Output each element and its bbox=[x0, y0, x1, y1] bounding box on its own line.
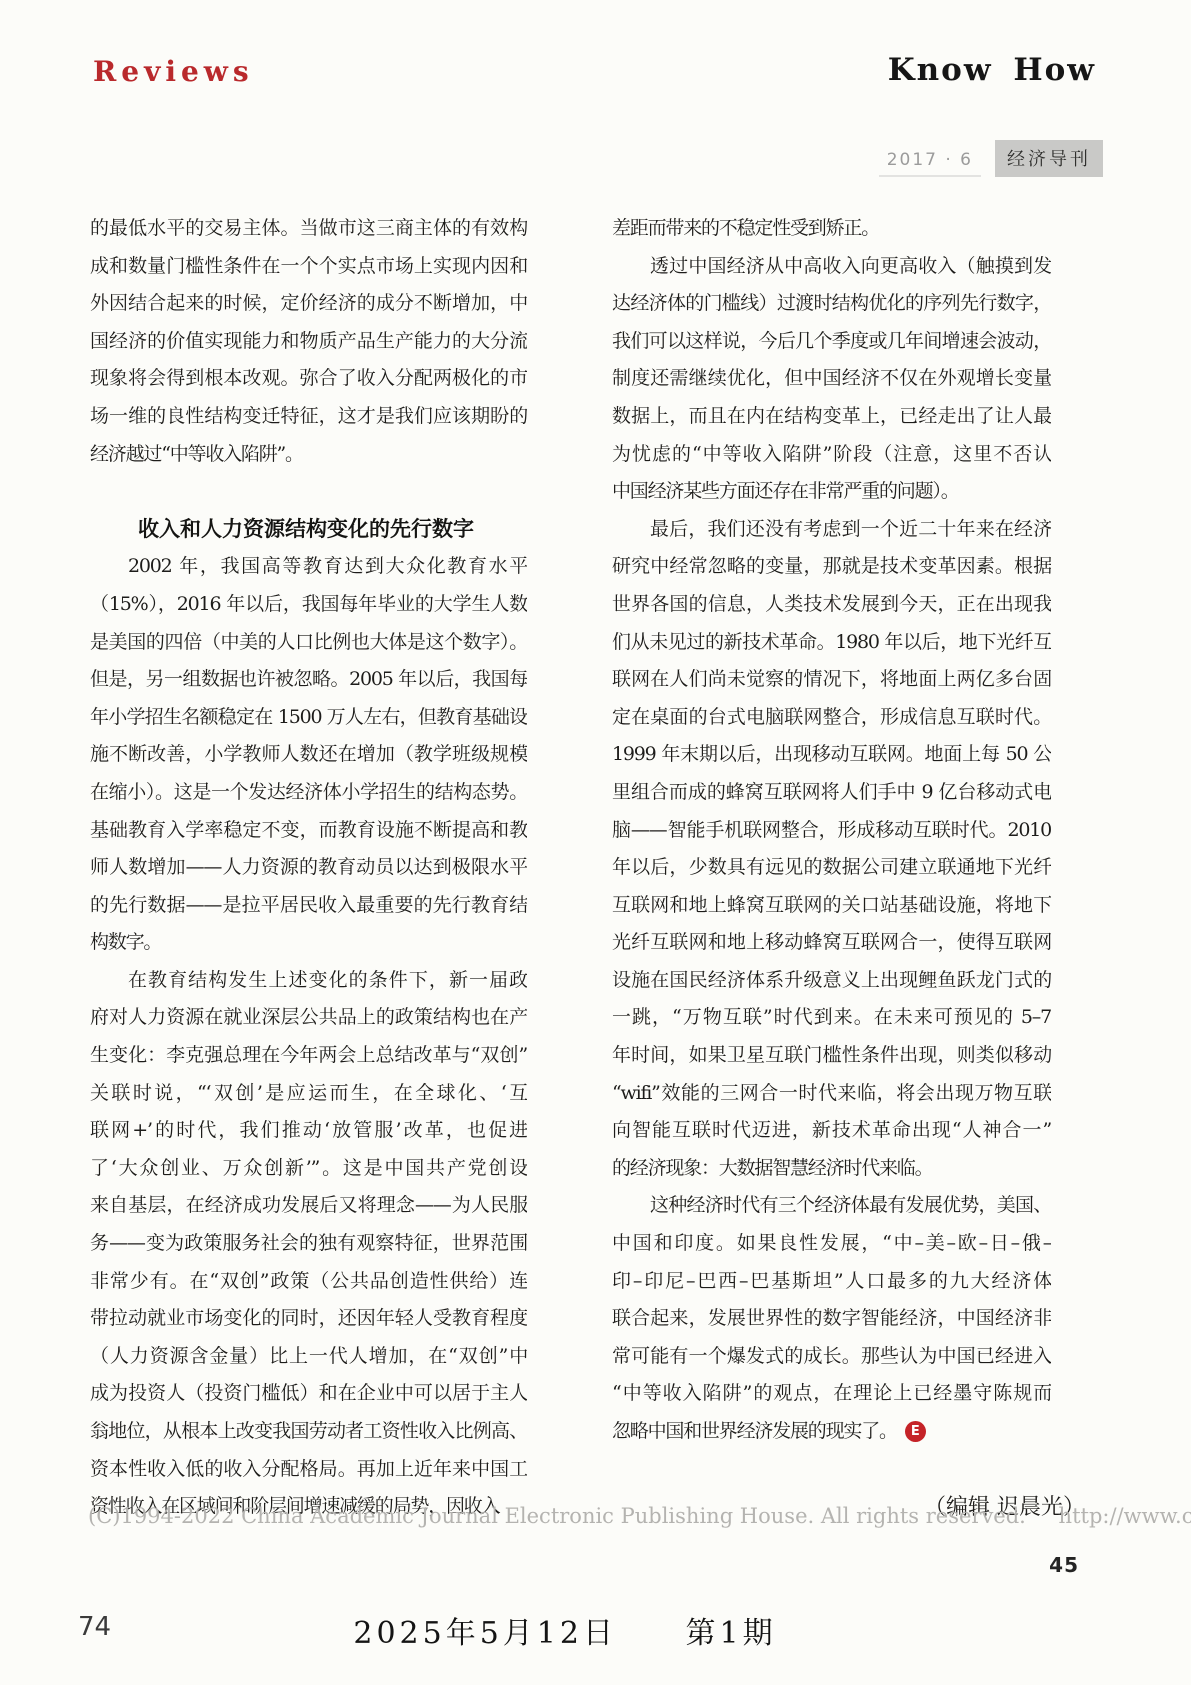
text-line: 务——变为政策服务社会的独有观察特征，世界范围 bbox=[90, 1225, 527, 1263]
header-label-knowhow: Know How bbox=[888, 52, 1096, 88]
text-line: 的先行数据——是拉平居民收入最重要的先行教育结 bbox=[90, 887, 527, 925]
text-line: 制度还需继续优化，但中国经济不仅在外观增长变量 bbox=[612, 360, 1051, 398]
text-line: 在缩小）。这是一个发达经济体小学招生的结构态势。 bbox=[90, 774, 527, 812]
header-label-reviews: Reviews bbox=[93, 55, 254, 88]
text-line: 研究中经常忽略的变量，那就是技术变革因素。根据 bbox=[612, 548, 1051, 586]
text-line: 年时间，如果卫星互联门槛性条件出现，则类似移动 bbox=[612, 1037, 1051, 1075]
text-line: 翁地位，从根本上改变我国劳动者工资性收入比例高、 bbox=[90, 1413, 527, 1451]
text-line: （15%），2016 年以后，我国每年毕业的大学生人数 bbox=[90, 586, 527, 624]
text-line: 互联网和地上蜂窝互联网的关口站基础设施，将地下 bbox=[612, 887, 1051, 925]
right-text-column: 差距而带来的不稳定性受到矫正。透过中国经济从中高收入向更高收入（触摸到发达经济体… bbox=[612, 210, 1051, 1451]
text-line: 联合起来，发展世界性的数字智能经济，中国经济非 bbox=[612, 1300, 1051, 1338]
left-text-column: 的最低水平的交易主体。当做市这三商主体的有效构成和数量门槛性条件在一个个实点市场… bbox=[90, 210, 527, 1526]
text-line: 们从未见过的新技术革命。1980 年以后，地下光纤互 bbox=[612, 624, 1051, 662]
text-line: 中国经济某些方面还存在非常严重的问题）。 bbox=[612, 473, 1051, 511]
paragraph: 差距而带来的不稳定性受到矫正。 bbox=[612, 210, 1051, 248]
footer-date: 2025年5月12日 bbox=[353, 1616, 617, 1651]
text-line: 我们可以这样说，今后几个季度或几年间增速会波动， bbox=[612, 323, 1051, 361]
text-line: 成为投资人（投资门槛低）和在企业中可以居于主人 bbox=[90, 1375, 527, 1413]
text-line: 差距而带来的不稳定性受到矫正。 bbox=[612, 210, 1051, 248]
text-line: 是美国的四倍（中美的人口比例也大体是这个数字）。 bbox=[90, 624, 527, 662]
text-line: 了‘大众创业、万众创新’”。这是中国共产党创设 bbox=[90, 1150, 527, 1188]
paragraph: 这种经济时代有三个经济体最有发展优势，美国、中国和印度。如果良性发展，“中–美–… bbox=[612, 1187, 1051, 1450]
article-end-badge: E bbox=[905, 1421, 926, 1442]
text-line: 联网+’的时代，我们推动‘放管服’改革，也促进 bbox=[90, 1112, 527, 1150]
section-heading: 收入和人力资源结构变化的先行数字 bbox=[90, 511, 527, 549]
text-line: 成和数量门槛性条件在一个个实点市场上实现内因和 bbox=[90, 248, 527, 286]
text-line: 施不断改善，小学教师人数还在增加（教学班级规模 bbox=[90, 736, 527, 774]
text-line: 忽略中国和世界经济发展的现实了。E bbox=[612, 1413, 1051, 1451]
text-line: 一跳，“万物互联”时代到来。在未来可预见的 5–7 bbox=[612, 999, 1051, 1037]
journal-page: Reviews Know How 2017 · 6 经济导刊 的最低水平的交易主… bbox=[0, 0, 1191, 1685]
text-line: （人力资源含金量）比上一代人增加，在“双创”中 bbox=[90, 1338, 527, 1376]
text-line: 光纤互联网和地上移动蜂窝互联网合一，使得互联网 bbox=[612, 924, 1051, 962]
text-line: 1999 年末期以后，出现移动互联网。地面上每 50 公 bbox=[612, 736, 1051, 774]
text-line: 资本性收入低的收入分配格局。再加上近年来中国工 bbox=[90, 1451, 527, 1489]
text-line: 中国和印度。如果良性发展，“中–美–欧–日–俄– bbox=[612, 1225, 1051, 1263]
footer-issue: 第1期 bbox=[686, 1616, 777, 1651]
paragraph: 最后，我们还没有考虑到一个近二十年来在经济研究中经常忽略的变量，那就是技术变革因… bbox=[612, 511, 1051, 1188]
text-line: 基础教育入学率稳定不变，而教育设施不断提高和教 bbox=[90, 812, 527, 850]
issue-number-label: 2017 · 6 bbox=[879, 144, 981, 177]
paragraph: 2002 年，我国高等教育达到大众化教育水平（15%），2016 年以后，我国每… bbox=[90, 548, 527, 962]
text-line: 府对人力资源在就业深层公共品上的政策结构也在产 bbox=[90, 999, 527, 1037]
copyright-watermark: (C)1994-2022 China Academic Journal Elec… bbox=[88, 1504, 1191, 1528]
issue-row: 2017 · 6 经济导刊 bbox=[879, 140, 1103, 177]
text-line: 带拉动就业市场变化的同时，还因年轻人受教育程度 bbox=[90, 1300, 527, 1338]
paragraph: 在教育结构发生上述变化的条件下，新一届政府对人力资源在就业深层公共品上的政策结构… bbox=[90, 962, 527, 1526]
text-line: 但是，另一组数据也许被忽略。2005 年以后，我国每 bbox=[90, 661, 527, 699]
text-line: 年小学招生名额稳定在 1500 万人左右，但教育基础设 bbox=[90, 699, 527, 737]
text-line: 定在桌面的台式电脑联网整合，形成信息互联时代。 bbox=[612, 699, 1051, 737]
text-line: 在教育结构发生上述变化的条件下，新一届政 bbox=[90, 962, 527, 1000]
journal-title-badge: 经济导刊 bbox=[995, 140, 1103, 177]
paragraph: 透过中国经济从中高收入向更高收入（触摸到发达经济体的门槛线）过渡时结构优化的序列… bbox=[612, 248, 1051, 511]
text-line: 里组合而成的蜂窝互联网将人们手中 9 亿台移动式电 bbox=[612, 774, 1051, 812]
page-number-top: 45 bbox=[1049, 1553, 1079, 1577]
text-line: 2002 年，我国高等教育达到大众化教育水平 bbox=[90, 548, 527, 586]
text-line: 来自基层，在经济成功发展后又将理念——为人民服 bbox=[90, 1187, 527, 1225]
text-line: 这种经济时代有三个经济体最有发展优势，美国、 bbox=[612, 1187, 1051, 1225]
text-line: 最后，我们还没有考虑到一个近二十年来在经济 bbox=[612, 511, 1051, 549]
text-line: 生变化：李克强总理在今年两会上总结改革与“双创” bbox=[90, 1037, 527, 1075]
text-line: 的最低水平的交易主体。当做市这三商主体的有效构 bbox=[90, 210, 527, 248]
watermark-url: http://www.cnki.net bbox=[1059, 1504, 1191, 1528]
text-line: 为忧虑的“中等收入陷阱”阶段（注意，这里不否认 bbox=[612, 436, 1051, 474]
text-line: “中等收入陷阱”的观点，在理论上已经墨守陈规而 bbox=[612, 1375, 1051, 1413]
text-line: 数据上，而且在内在结构变革上，已经走出了让人最 bbox=[612, 398, 1051, 436]
text-line: 构数字。 bbox=[90, 924, 527, 962]
text-line: 脑——智能手机联网整合，形成移动互联时代。2010 bbox=[612, 812, 1051, 850]
text-line: 师人数增加——人力资源的教育动员以达到极限水平 bbox=[90, 849, 527, 887]
text-line: 达经济体的门槛线）过渡时结构优化的序列先行数字， bbox=[612, 285, 1051, 323]
text-line: 透过中国经济从中高收入向更高收入（触摸到发 bbox=[612, 248, 1051, 286]
watermark-copyright-text: (C)1994-2022 China Academic Journal Elec… bbox=[88, 1504, 1026, 1528]
text-line: 外因结合起来的时候，定价经济的成分不断增加，中 bbox=[90, 285, 527, 323]
text-line: “wifi”效能的三网合一时代来临，将会出现万物互联 bbox=[612, 1075, 1051, 1113]
text-line: 联网在人们尚未觉察的情况下，将地面上两亿多台固 bbox=[612, 661, 1051, 699]
text-line: 非常少有。在“双创”政策（公共品创造性供给）连 bbox=[90, 1263, 527, 1301]
text-line: 关联时说，“‘双创’是应运而生，在全球化、‘互 bbox=[90, 1075, 527, 1113]
text-line: 世界各国的信息，人类技术发展到今天，正在出现我 bbox=[612, 586, 1051, 624]
text-line: 设施在国民经济体系升级意义上出现鲤鱼跃龙门式的 bbox=[612, 962, 1051, 1000]
text-line: 场一维的良性结构变迁特征，这才是我们应该期盼的 bbox=[90, 398, 527, 436]
paragraph: 的最低水平的交易主体。当做市这三商主体的有效构成和数量门槛性条件在一个个实点市场… bbox=[90, 210, 527, 473]
text-line: 的经济现象：大数据智慧经济时代来临。 bbox=[612, 1150, 1051, 1188]
footer-date-issue: 2025年5月12日 第1期 bbox=[0, 1608, 1130, 1652]
text-line: 年以后，少数具有远见的数据公司建立联通地下光纤 bbox=[612, 849, 1051, 887]
text-line: 常可能有一个爆发式的成长。那些认为中国已经进入 bbox=[612, 1338, 1051, 1376]
text-line: 印–印尼–巴西–巴基斯坦”人口最多的九大经济体 bbox=[612, 1263, 1051, 1301]
text-line: 国经济的价值实现能力和物质产品生产能力的大分流 bbox=[90, 323, 527, 361]
text-line: 经济越过“中等收入陷阱”。 bbox=[90, 436, 527, 474]
text-line: 现象将会得到根本改观。弥合了收入分配两极化的市 bbox=[90, 360, 527, 398]
text-line: 向智能互联时代迈进，新技术革命出现“人神合一” bbox=[612, 1112, 1051, 1150]
